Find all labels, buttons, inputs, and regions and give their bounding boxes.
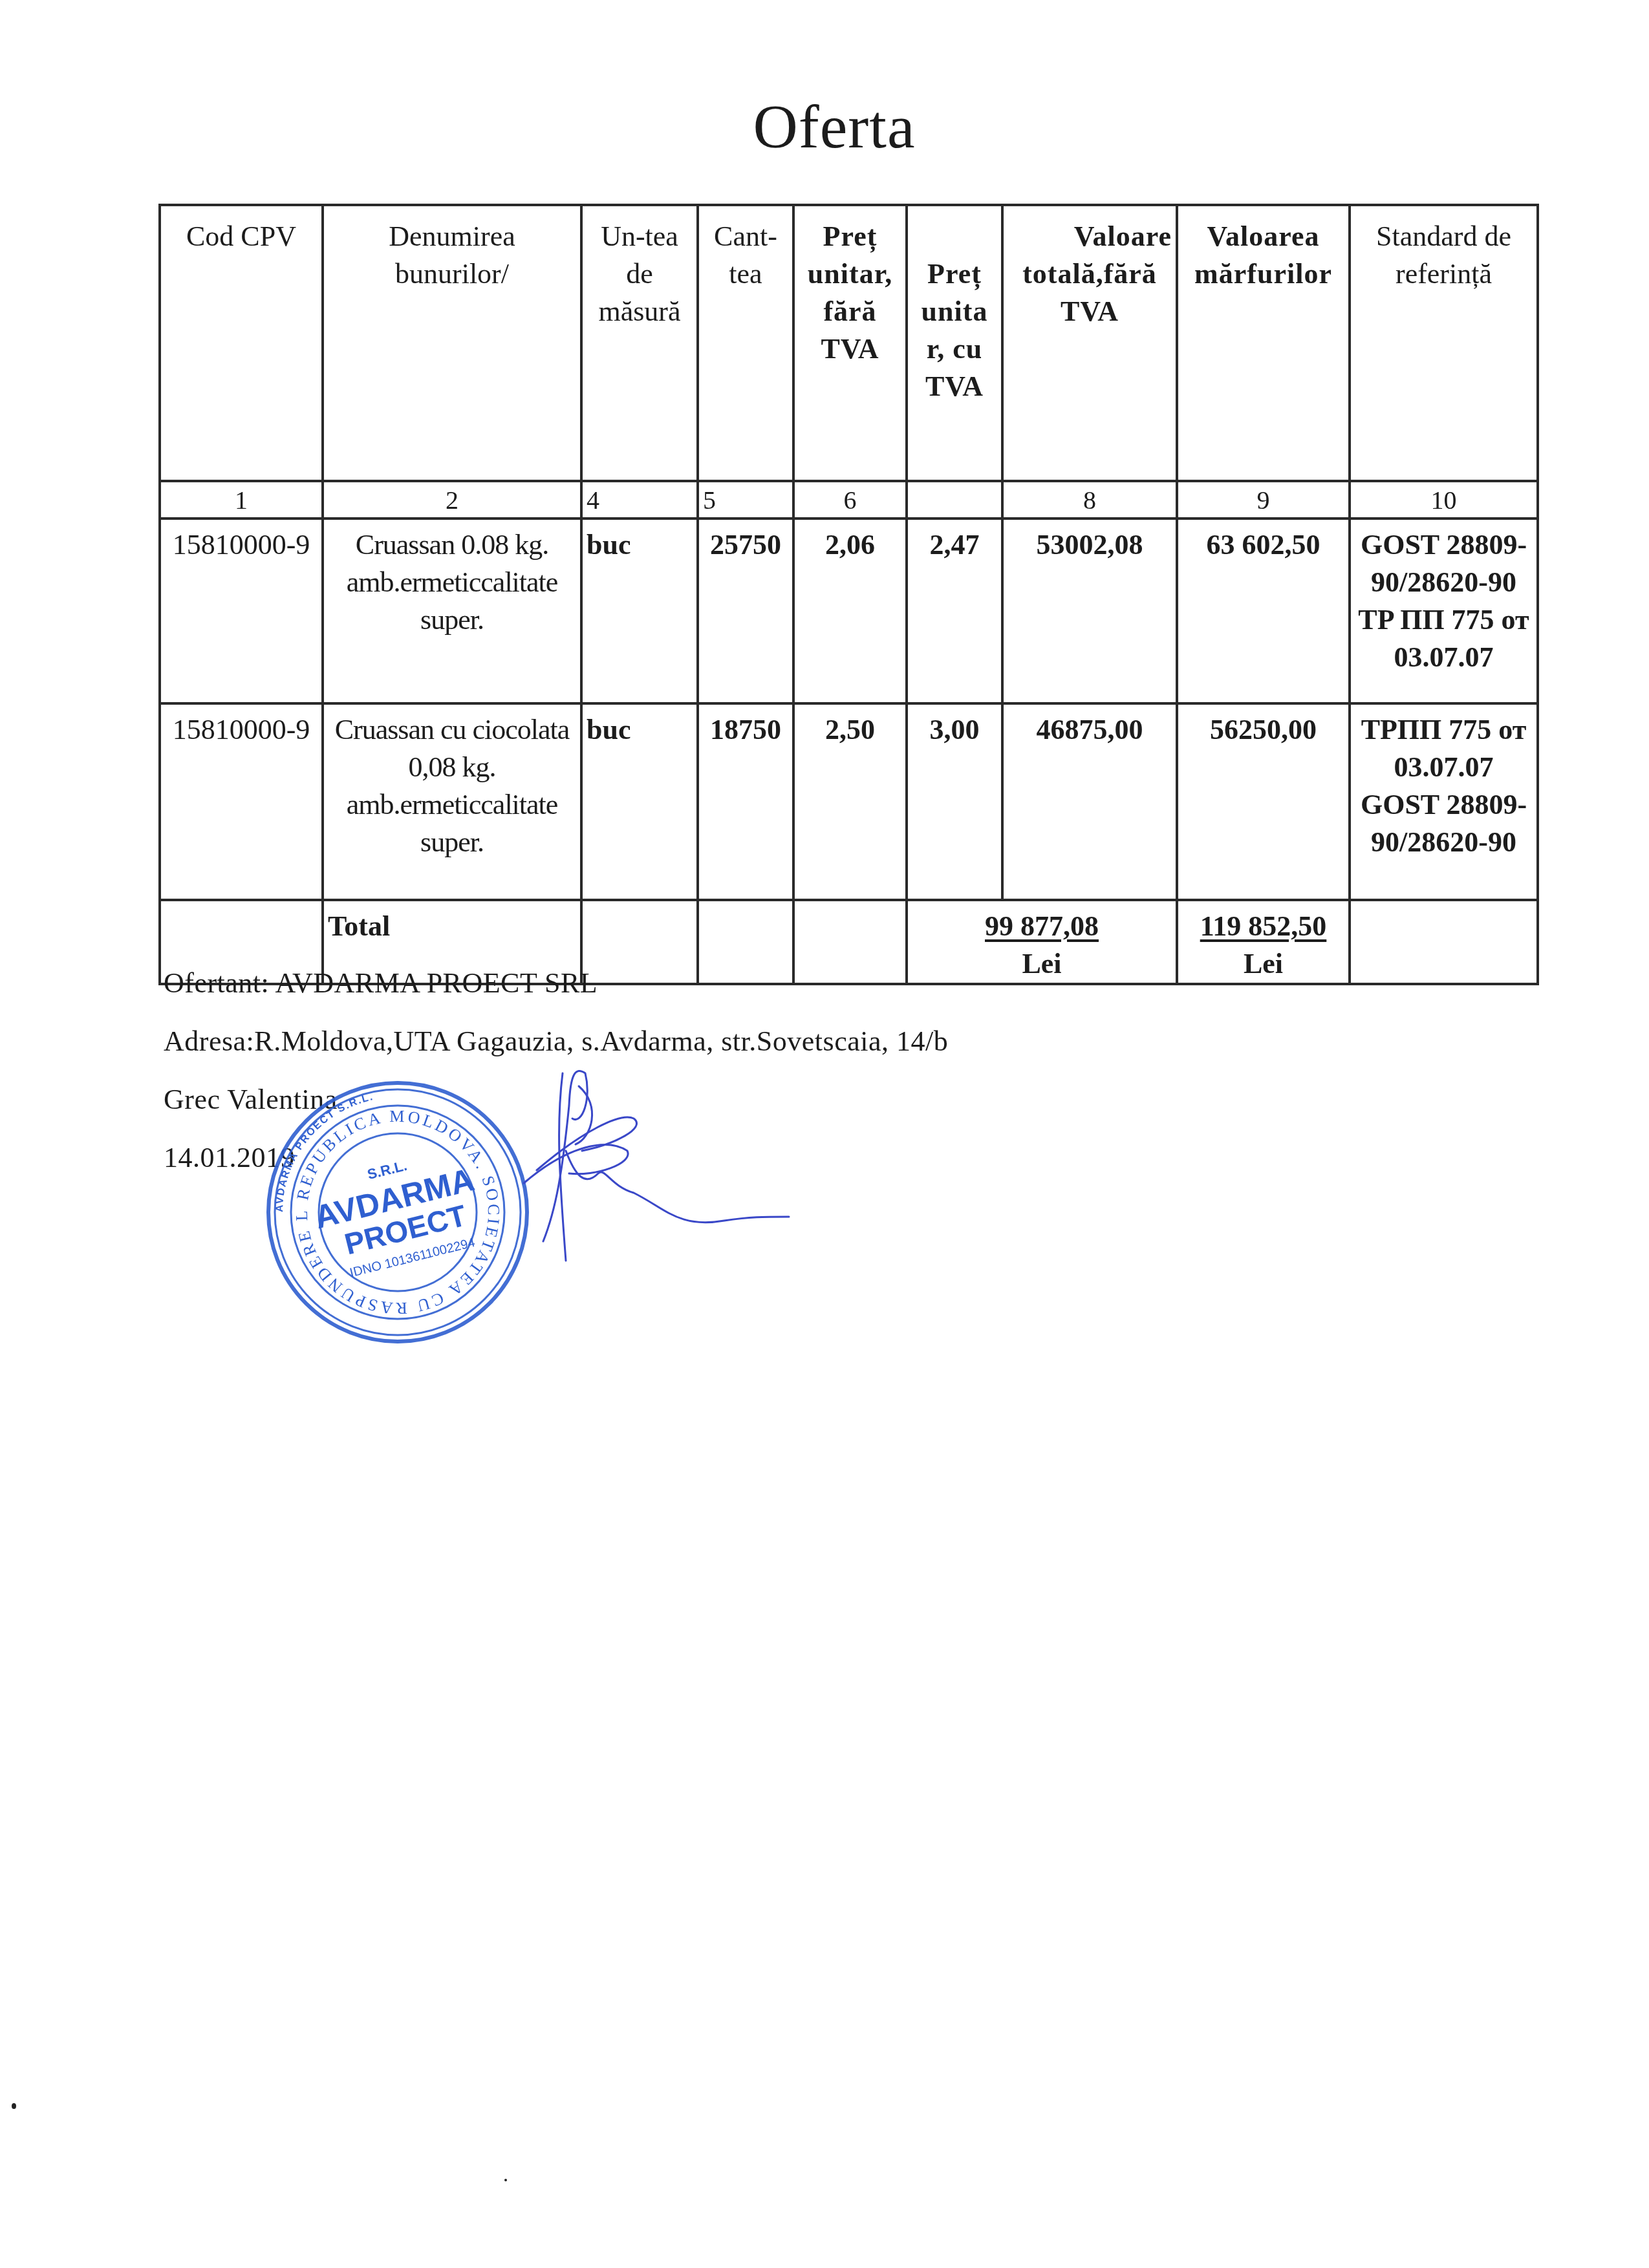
header-cantitatea: Cant-tea <box>698 205 793 481</box>
header-valoare-totala: Valoaretotală,fărăTVA <box>1002 205 1177 481</box>
column-number: 2 <box>323 481 581 519</box>
scan-speck <box>12 2103 16 2109</box>
column-number: 8 <box>1002 481 1177 519</box>
column-number-row: 1 2 4 5 6 8 9 10 <box>160 481 1538 519</box>
total-goods-value: 119 852,50 Lei <box>1177 900 1350 984</box>
cell-total-no-vat: 46875,00 <box>1002 703 1177 900</box>
cell-price-no-vat: 2,50 <box>793 703 907 900</box>
document-title: Oferta <box>0 91 1649 162</box>
header-pret-cu-tva: Prețunitar, cuTVA <box>907 205 1002 481</box>
cell-price-no-vat: 2,06 <box>793 519 907 703</box>
cell-price-vat: 2,47 <box>907 519 1002 703</box>
cell-name: Cruassan cu ciocolata 0,08 kg. amb.ermet… <box>323 703 581 900</box>
cell-goods-value: 63 602,50 <box>1177 519 1350 703</box>
cell-name: Cruassan 0.08 kg. amb.ermeticcalitate su… <box>323 519 581 703</box>
column-number <box>907 481 1002 519</box>
column-number: 9 <box>1177 481 1350 519</box>
cell-price-vat: 3,00 <box>907 703 1002 900</box>
cell-cpv: 15810000-9 <box>160 519 323 703</box>
column-number: 1 <box>160 481 323 519</box>
cell-standard: TPПП 775 от 03.07.07 GOST 28809-90/28620… <box>1350 703 1538 900</box>
header-denumirea: Denumireabunurilor/ <box>323 205 581 481</box>
offer-table: Cod CPV Denumireabunurilor/ Un-teademăsu… <box>158 204 1539 985</box>
column-number: 6 <box>793 481 907 519</box>
header-cod-cpv: Cod CPV <box>160 205 323 481</box>
cell-total-no-vat: 53002,08 <box>1002 519 1177 703</box>
column-number: 5 <box>698 481 793 519</box>
table-row: 15810000-9 Cruassan 0.08 kg. amb.ermetic… <box>160 519 1538 703</box>
column-number: 10 <box>1350 481 1538 519</box>
table-header-row: Cod CPV Denumireabunurilor/ Un-teademăsu… <box>160 205 1538 481</box>
cell-qty: 25750 <box>698 519 793 703</box>
cell-cpv: 15810000-9 <box>160 703 323 900</box>
header-valoarea-marfurilor: Valoareamărfurilor <box>1177 205 1350 481</box>
signature-icon <box>453 1047 815 1280</box>
header-pret-fara-tva: Prețunitar,fărăTVA <box>793 205 907 481</box>
header-standard: Standard dereferință <box>1350 205 1538 481</box>
table-row: 15810000-9 Cruassan cu ciocolata 0,08 kg… <box>160 703 1538 900</box>
total-no-vat: 99 877,08 Lei <box>907 900 1177 984</box>
cell-goods-value: 56250,00 <box>1177 703 1350 900</box>
column-number: 4 <box>581 481 698 519</box>
cell-qty: 18750 <box>698 703 793 900</box>
header-unitatea: Un-teademăsură <box>581 205 698 481</box>
scan-speck <box>504 2179 507 2181</box>
bidder-line: Ofertant: AVDARMA PROECT SRL <box>164 967 598 1000</box>
cell-standard: GOST 28809-90/28620-90 TP ПП 775 от 03.0… <box>1350 519 1538 703</box>
cell-unit: buc <box>581 519 698 703</box>
cell-unit: buc <box>581 703 698 900</box>
